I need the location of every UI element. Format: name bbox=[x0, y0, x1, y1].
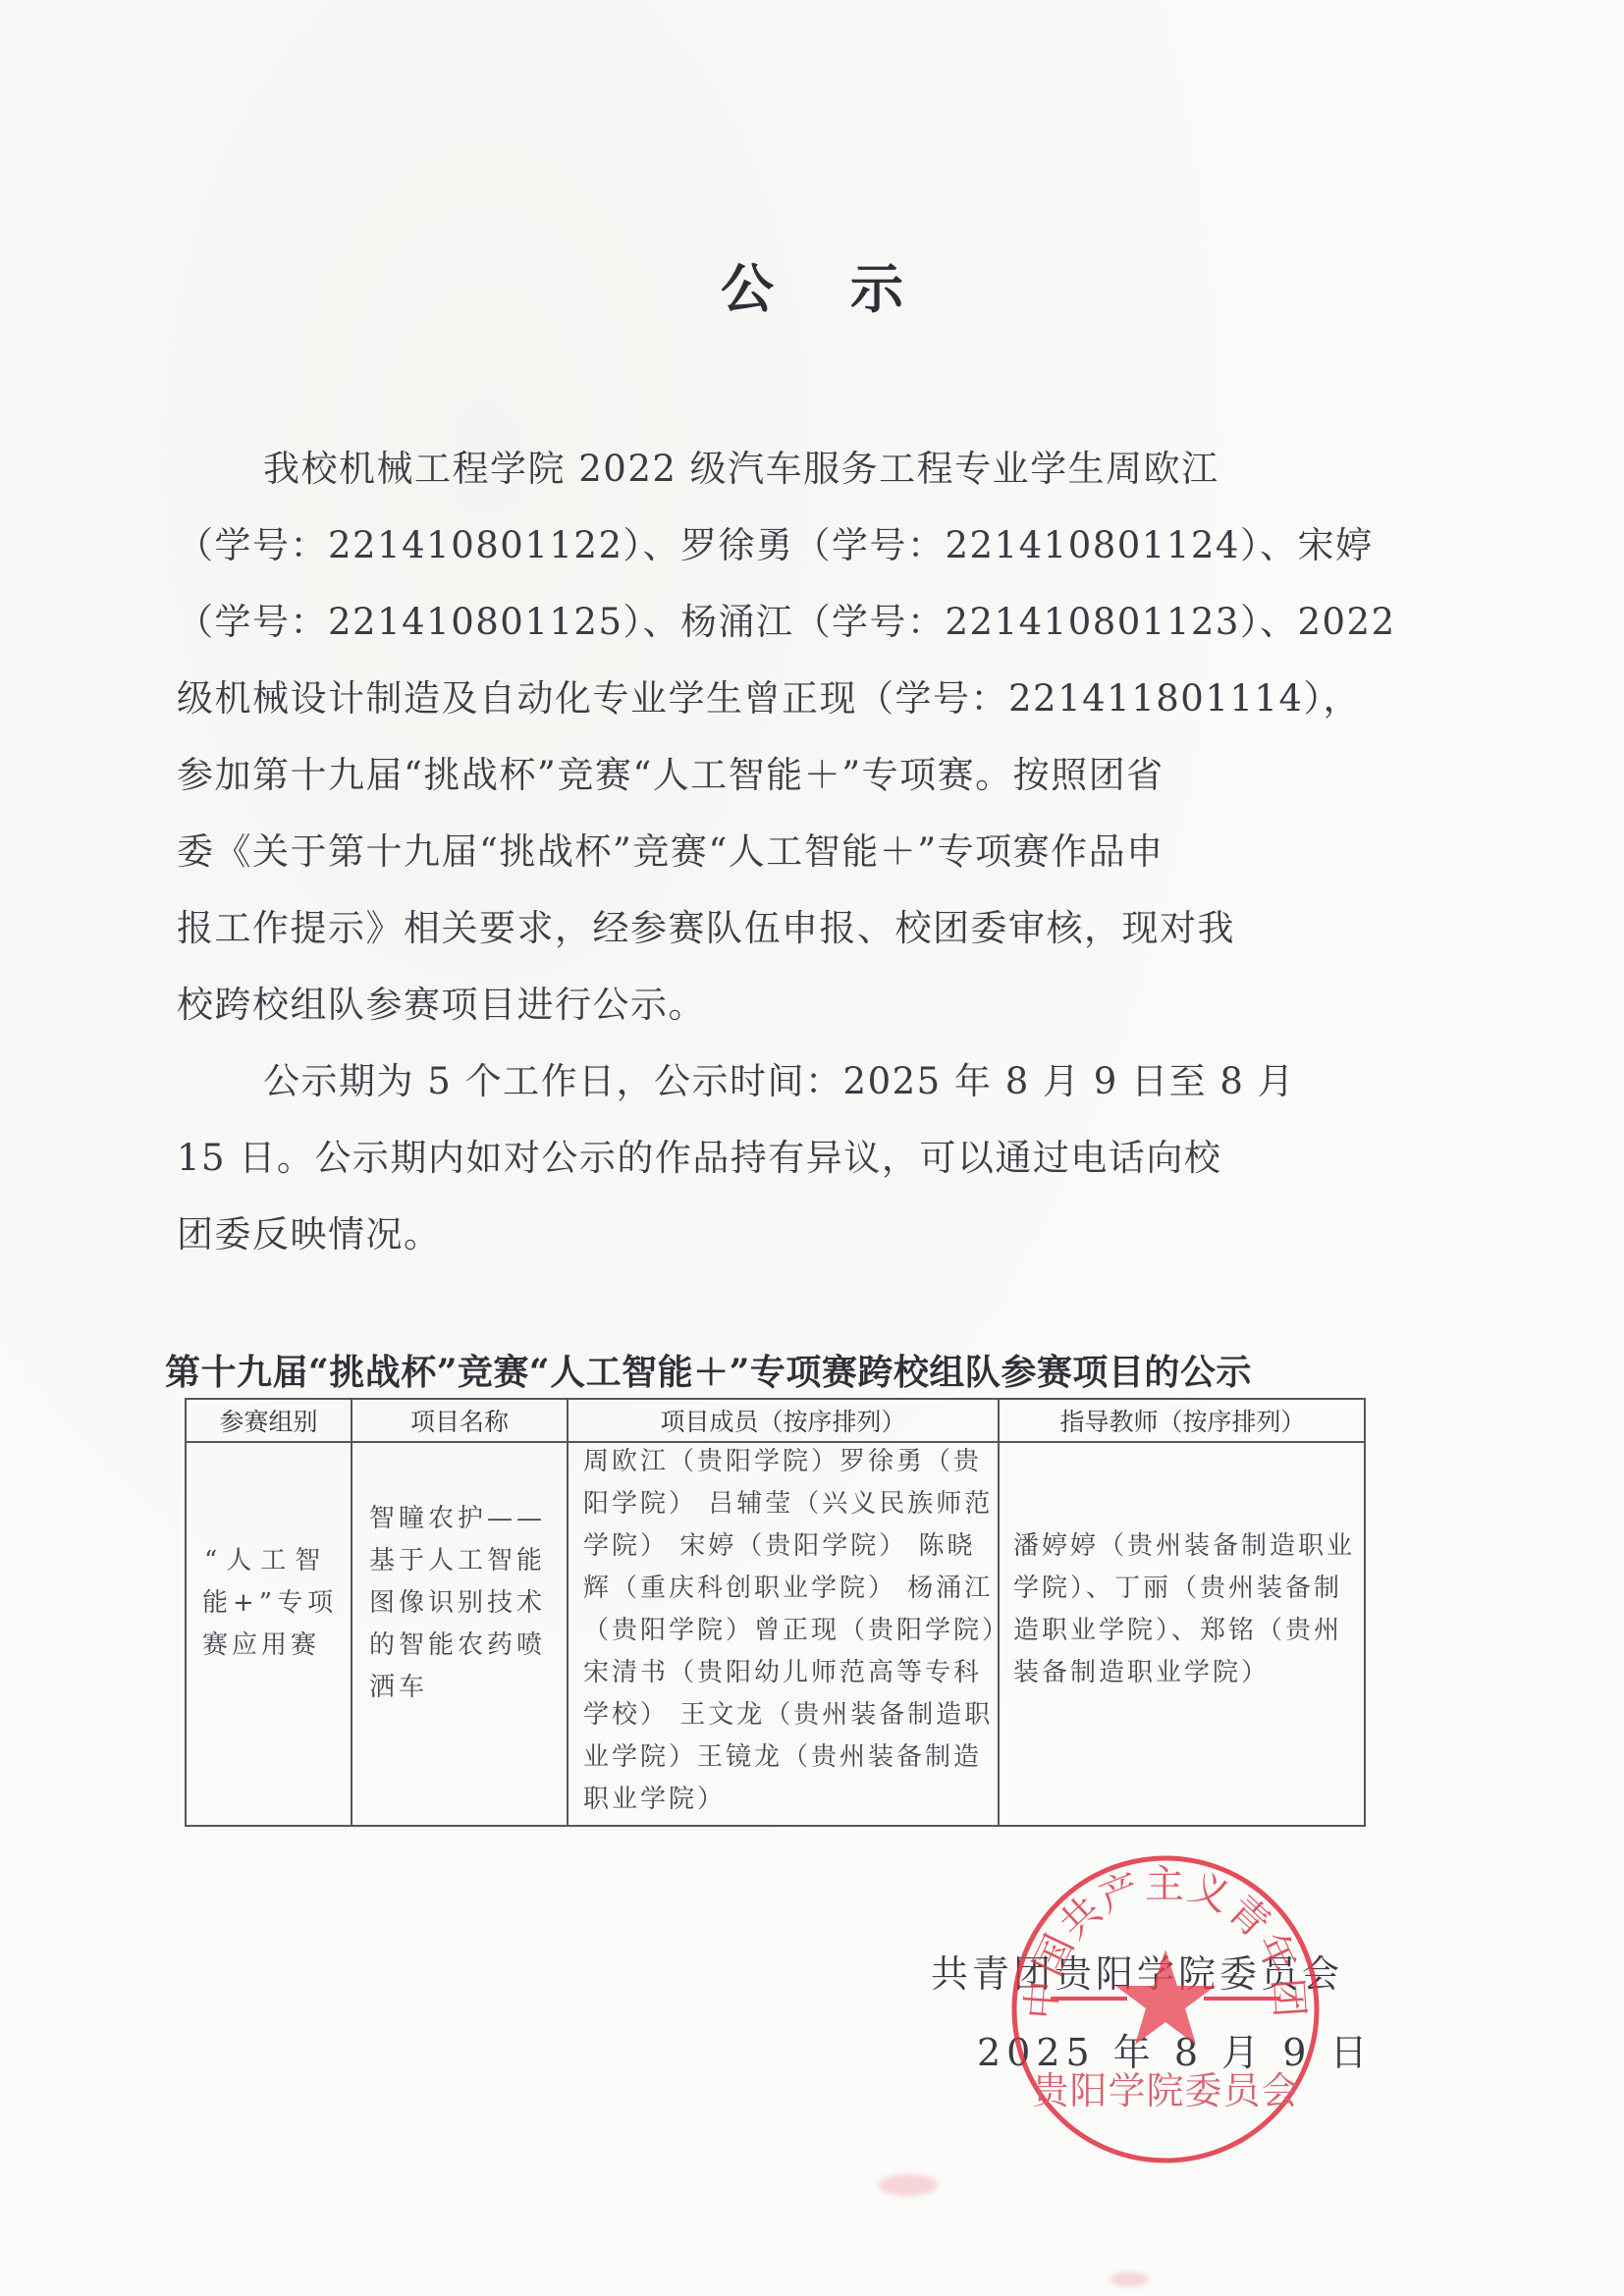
cell-members-line: 辉（重庆科创职业学院） 杨涌江 bbox=[583, 1568, 993, 1610]
body-line: 参加第十九届“挑战杯”竞赛“人工智能＋”专项赛。按照团省 bbox=[177, 754, 1394, 797]
body-line: （学号：221410801125）、杨涌江（学号：221410801123）、2… bbox=[177, 601, 1394, 644]
official-seal: 中国共产主义青年团 贵阳学院委员会 bbox=[1009, 1853, 1322, 2165]
cell-advisors-line: 潘婷婷（贵州装备制造职业 bbox=[1013, 1525, 1355, 1568]
body-line: 校跨校组队参赛项目进行公示。 bbox=[177, 984, 1394, 1027]
cell-members-line: 周欧江（贵阳学院）罗徐勇（贵 bbox=[583, 1441, 982, 1483]
ink-smudge bbox=[1110, 2272, 1149, 2286]
body-line: 级机械设计制造及自动化专业学生曾正现（学号：221411801114）， bbox=[177, 677, 1394, 721]
cell-group-line: “人工智 bbox=[204, 1540, 329, 1582]
cell-members-line: 阳学院） 吕辅莹（兴义民族师范 bbox=[583, 1483, 993, 1525]
header-group: 参赛组别 bbox=[187, 1400, 351, 1441]
cell-members-line: （贵阳学院）曾正现（贵阳学院） bbox=[583, 1610, 1010, 1652]
body-line: 公示期为 5 个工作日，公示时间：2025 年 8 月 9 日至 8 月 bbox=[263, 1060, 1481, 1103]
table-title: 第十九届“挑战杯”竞赛“人工智能＋”专项赛跨校组队参赛项目的公示 bbox=[165, 1345, 1402, 1395]
document-page: 公示 我校机械工程学院 2022 级汽车服务工程专业学生周欧江 （学号：2214… bbox=[0, 0, 1624, 2296]
cell-project-line: 洒车 bbox=[369, 1667, 428, 1709]
cell-project-line: 智瞳农护—— bbox=[369, 1498, 546, 1540]
cell-members-line: 业学院）王镜龙（贵州装备制造 bbox=[583, 1736, 982, 1779]
cell-project-line: 的智能农药喷 bbox=[369, 1625, 546, 1667]
cell-members-line: 职业学院） bbox=[583, 1779, 726, 1821]
cell-project-line: 基于人工智能 bbox=[369, 1540, 546, 1582]
cell-members-line: 学校） 王文龙（贵州装备制造职 bbox=[583, 1694, 993, 1736]
header-members: 项目成员（按序排列） bbox=[568, 1400, 998, 1441]
page-title: 公示 bbox=[0, 247, 1624, 323]
cell-advisors-line: 造职业学院）、郑铭（贵州 bbox=[1013, 1610, 1342, 1652]
body-line: 15 日。公示期内如对公示的作品持有异议，可以通过电话向校 bbox=[177, 1137, 1394, 1180]
signature-date: 2025 年 8 月 9 日 bbox=[977, 2022, 1373, 2076]
cell-advisors-line: 学院）、丁丽（贵州装备制 bbox=[1013, 1568, 1342, 1610]
cell-members-line: 宋清书（贵阳幼儿师范高等专科 bbox=[583, 1652, 982, 1694]
cell-members-line: 学院） 宋婷（贵阳学院） 陈晓 bbox=[583, 1525, 976, 1568]
signature-organization: 共青团贵阳学院委员会 bbox=[931, 1944, 1343, 1998]
column-divider bbox=[567, 1400, 568, 1825]
body-line: 我校机械工程学院 2022 级汽车服务工程专业学生周欧江 bbox=[263, 448, 1481, 491]
header-advisors: 指导教师（按序排列） bbox=[1000, 1400, 1366, 1441]
header-project-name: 项目名称 bbox=[352, 1400, 567, 1441]
body-line: 委《关于第十九届“挑战杯”竞赛“人工智能＋”专项赛作品申 bbox=[177, 830, 1394, 874]
body-line: 报工作提示》相关要求，经参赛队伍申报、校团委审核，现对我 bbox=[177, 907, 1394, 950]
ink-smudge bbox=[879, 2174, 938, 2196]
body-line: （学号：221410801122）、罗徐勇（学号：221410801124）、宋… bbox=[177, 524, 1394, 567]
cell-group-line: 赛应用赛 bbox=[202, 1625, 320, 1667]
body-line: 团委反映情况。 bbox=[177, 1213, 1394, 1256]
cell-advisors-line: 装备制造职业学院） bbox=[1013, 1652, 1270, 1694]
column-divider bbox=[351, 1400, 352, 1825]
cell-project-line: 图像识别技术 bbox=[369, 1582, 546, 1625]
projects-table: 参赛组别 项目名称 项目成员（按序排列） 指导教师（按序排列） “人工智 能+”… bbox=[185, 1398, 1366, 1827]
cell-group-line: 能+”专项 bbox=[202, 1582, 338, 1625]
